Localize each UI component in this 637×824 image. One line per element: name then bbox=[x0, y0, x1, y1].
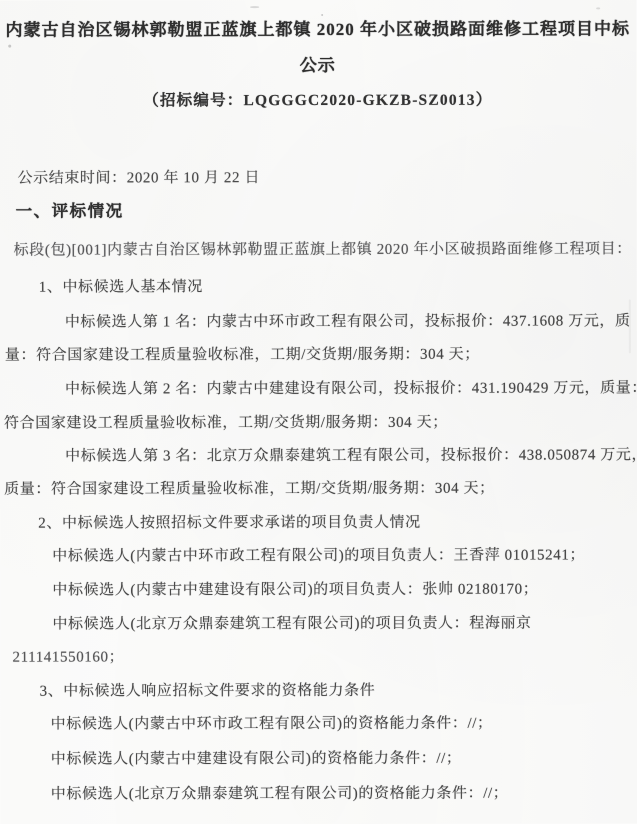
subsection-3-heading: 3、中标候选人响应招标文件要求的资格能力条件 bbox=[40, 681, 376, 702]
project-manager-2: 中标候选人(内蒙古中建建设有限公司)的项目负责人：张帅 02180170； bbox=[52, 580, 538, 601]
section-heading-evaluation: 一、评标情况 bbox=[16, 201, 124, 221]
qualification-3: 中标候选人(北京万众鼎泰建筑工程有限公司)的资格能力条件：//； bbox=[51, 784, 509, 805]
candidate-1-line-1: 中标候选人第 1 名：内蒙古中环市政工程有限公司，投标报价：437.1608 万… bbox=[65, 311, 631, 332]
tender-number-line: （招标编号：LQGGGC2020-GKZB-SZ0013） bbox=[0, 90, 636, 111]
project-manager-1: 中标候选人(内蒙古中环市政工程有限公司)的项目负责人：王香萍 01015241； bbox=[52, 545, 585, 566]
candidate-2-line-1: 中标候选人第 2 名：内蒙古中建建设有限公司，投标报价：431.190429 万… bbox=[65, 378, 637, 399]
subsection-1-heading: 1、中标候选人基本情况 bbox=[39, 277, 203, 297]
scan-artifact bbox=[250, 6, 259, 8]
doc-title-line1: 内蒙古自治区锡林郭勒盟正蓝旗上都镇 2020 年小区破损路面维修工程项目中标 bbox=[0, 19, 636, 40]
project-manager-3-line-2: 211141550160； bbox=[12, 647, 124, 667]
candidate-2-line-2: 符合国家建设工程质量验收标准，工期/交货期/服务期：304 天； bbox=[4, 413, 448, 434]
qualification-2: 中标候选人(内蒙古中建建设有限公司)的资格能力条件：//； bbox=[51, 749, 462, 770]
project-manager-3-line-1: 中标候选人(北京万众鼎泰建筑工程有限公司)的项目负责人：程海丽京 bbox=[52, 614, 531, 635]
subsection-2-heading: 2、中标候选人按照招标文件要求承诺的项目负责人情况 bbox=[38, 513, 421, 534]
qualification-1: 中标候选人(内蒙古中环市政工程有限公司)的资格能力条件：//； bbox=[51, 714, 493, 735]
candidate-3-line-1: 中标候选人第 3 名：北京万众鼎泰建筑工程有限公司，投标报价：438.05087… bbox=[65, 445, 637, 466]
scanned-document-page: 内蒙古自治区锡林郭勒盟正蓝旗上都镇 2020 年小区破损路面维修工程项目中标 公… bbox=[0, 0, 637, 824]
scan-artifact bbox=[596, 7, 600, 9]
candidate-3-line-2: 质量：符合国家建设工程质量验收标准，工期/交货期/服务期：304 天； bbox=[4, 479, 495, 500]
publicity-end-time: 公示结束时间：2020 年 10 月 22 日 bbox=[17, 168, 260, 189]
lot-line: 标段(包)[001]内蒙古自治区锡林郭勒盟正蓝旗上都镇 2020 年小区破损路面… bbox=[14, 239, 632, 260]
doc-title-line2: 公示 bbox=[0, 55, 636, 76]
scan-artifact bbox=[8, 45, 11, 48]
scan-artifact bbox=[321, 14, 323, 16]
candidate-1-line-2: 量：符合国家建设工程质量验收标准，工期/交货期/服务期：304 天； bbox=[5, 345, 480, 366]
